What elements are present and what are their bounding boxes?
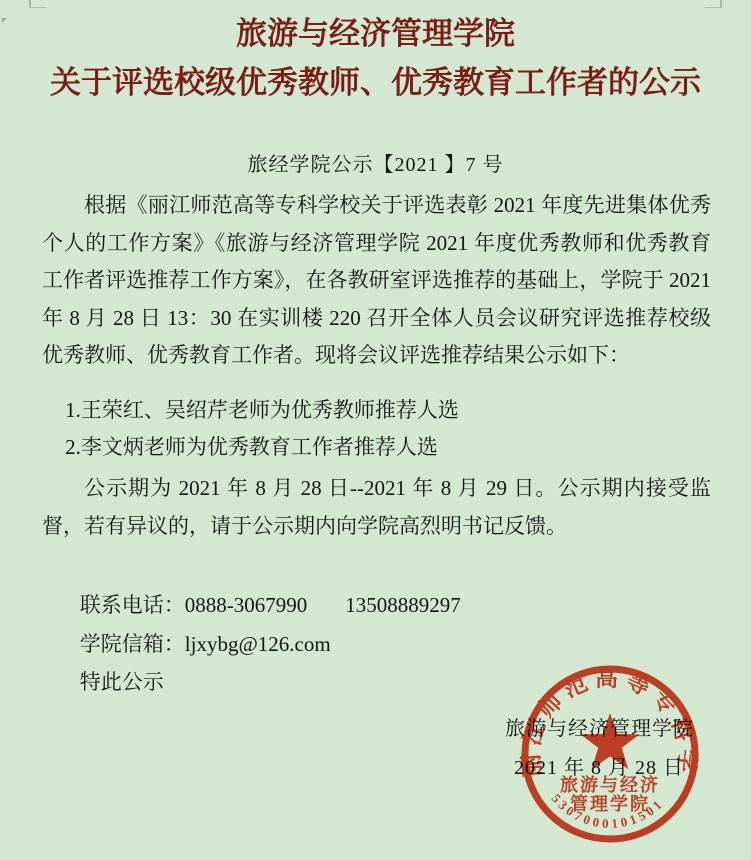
email-address: ljxybg@126.com [185, 632, 331, 656]
title-line-2: 关于评选校级优秀教师、优秀教育工作者的公示 [0, 58, 751, 107]
document-title: 旅游与经济管理学院 关于评选校级优秀教师、优秀教育工作者的公示 [0, 9, 751, 107]
page-corner-mark-right [705, 0, 722, 8]
phone-label: 联系电话： [80, 593, 185, 617]
doc-number: 旅经学院公示【2021 】7 号 [0, 148, 751, 177]
list-item-2: 2.李文炳老师为优秀教育工作者推荐人选 [42, 429, 711, 466]
email-label: 学院信箱： [80, 632, 185, 656]
document-page: 旅游与经济管理学院 关于评选校级优秀教师、优秀教育工作者的公示 旅经学院公示【2… [0, 0, 751, 860]
title-line-1: 旅游与经济管理学院 [0, 9, 751, 58]
page-corner-mark-left [29, 0, 46, 8]
phone-number-1: 0888-3067990 [185, 593, 308, 617]
seal-org-line1: 旅游与经济 [560, 774, 660, 795]
body-paragraph-2: 公示期为 2021 年 8 月 28 日--2021 年 8 月 29 日。公示… [42, 470, 711, 545]
body-paragraph-1: 根据《丽江师范高等专科学校关于评选表彰 2021 年度先进集体优秀个人的工作方案… [42, 187, 711, 375]
official-seal: 丽江师范高等专科学校 旅游与经济 管理学院 5307000101501 [516, 658, 704, 850]
list-item-1: 1.王荣红、吴绍芹老师为优秀教师推荐人选 [42, 392, 711, 429]
contact-email-line: 学院信箱：ljxybg@126.com [42, 628, 711, 658]
phone-number-2: 13508889297 [345, 593, 461, 617]
contact-phone-line: 联系电话：0888-306799013508889297 [42, 589, 711, 619]
seal-star-icon [581, 713, 640, 769]
